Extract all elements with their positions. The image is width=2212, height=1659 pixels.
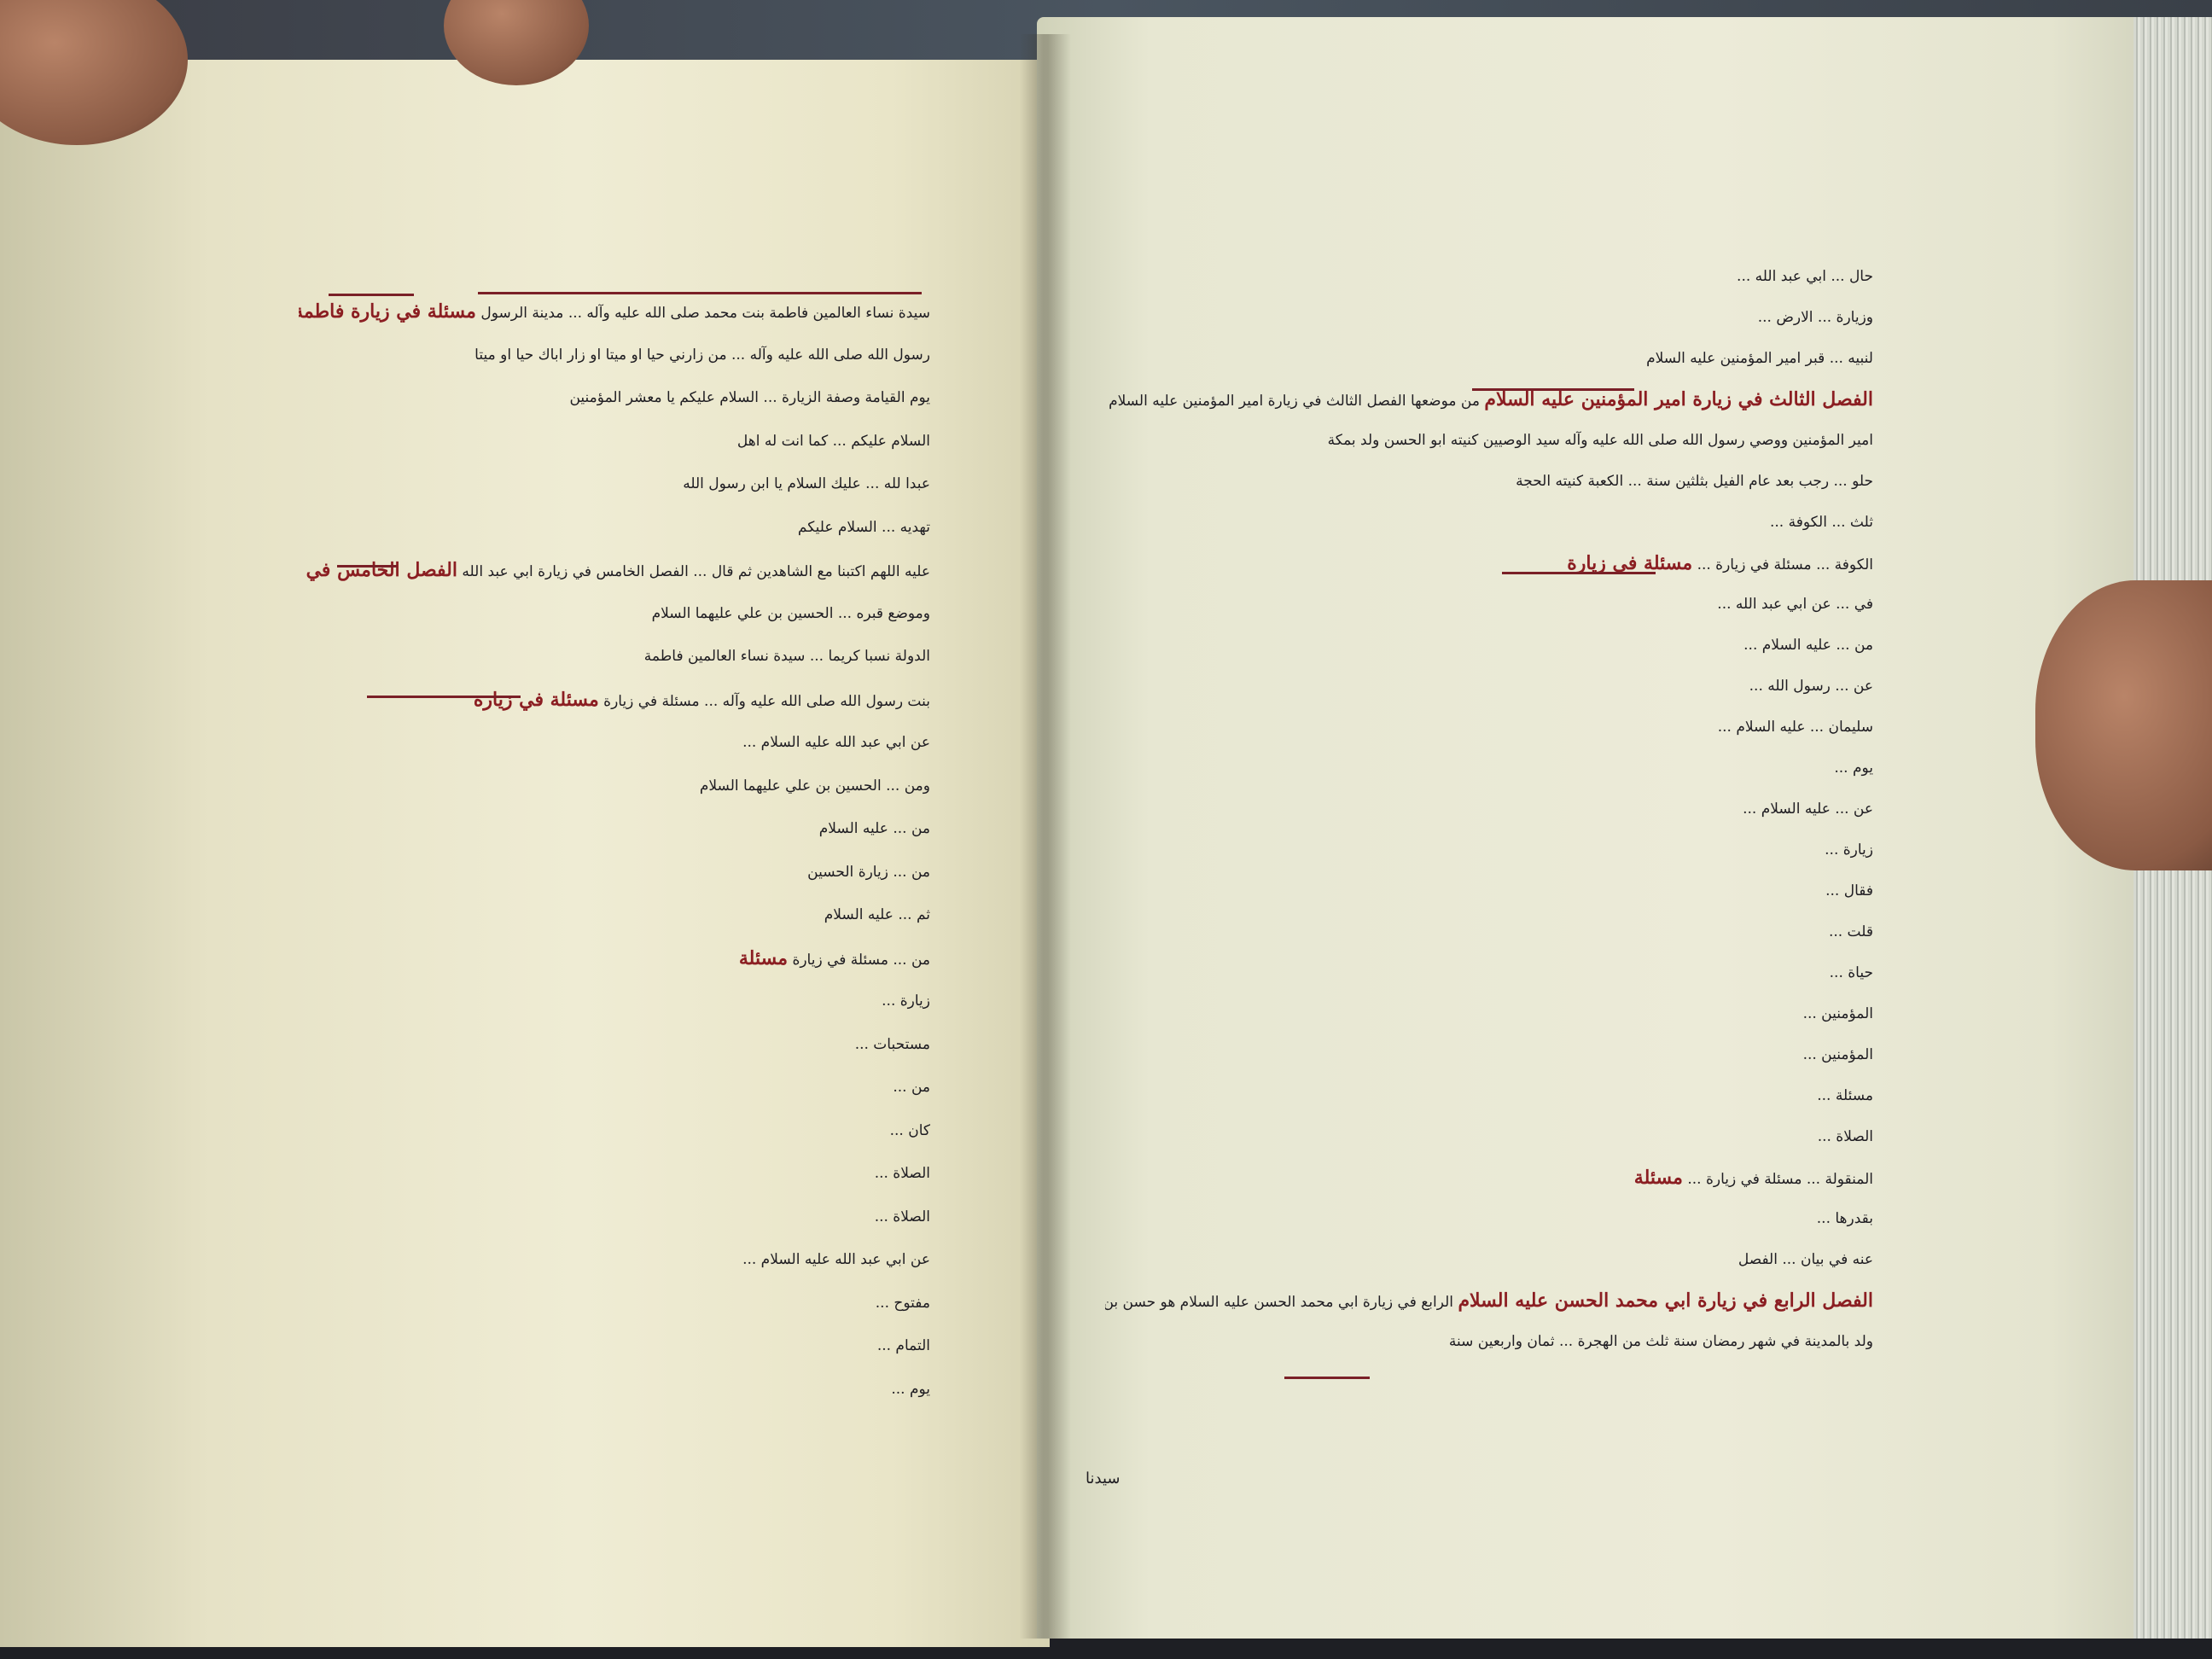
text-line: ولد بالمدينة في شهر رمضان سنة ثلث من اله… [1105, 1321, 1873, 1362]
left-page-text: سيدة نساء العالمين فاطمة بنت محمد صلى ال… [299, 290, 930, 1411]
text-line: ثم ... عليه السلام [299, 894, 930, 937]
text-line: وزيارة ... الارض ... [1105, 297, 1873, 338]
text-line: عبدا لله ... عليك السلام يا ابن رسول الل… [299, 463, 930, 506]
right-page-text: حال ... ابي عبد الله ... وزيارة ... الار… [1105, 256, 1873, 1362]
text-line: الدولة نسبا كريما ... سيدة نساء العالمين… [299, 635, 930, 678]
text-line: عنه في بيان ... الفصل [1105, 1239, 1873, 1280]
text-line: عن ... عليه السلام ... [1105, 789, 1873, 829]
text-line: من ... عليه السلام ... [1105, 625, 1873, 666]
text-line: الصلاة ... [299, 1196, 930, 1239]
text-line: يوم ... [1105, 748, 1873, 789]
text-line: السلام عليكم ... كما انت له اهل [299, 420, 930, 463]
text-line: بقدرها ... [1105, 1198, 1873, 1239]
text-line: وموضع قبره ... الحسين بن علي عليهما السل… [299, 592, 930, 636]
rubric-overline [337, 565, 397, 568]
text-line: ومن ... الحسين بن علي عليهما السلام [299, 765, 930, 808]
text-line: زيارة ... [1105, 829, 1873, 870]
text-line: عليه اللهم اكتبنا مع الشاهدين ثم قال ...… [299, 549, 930, 592]
text-line: رسول الله صلى الله عليه وآله ... من زارن… [299, 334, 930, 377]
text-line: عن ... رسول الله ... [1105, 666, 1873, 707]
rubric-heading: مسئلة في زيارة فاطمة [299, 300, 476, 323]
rubric-overline [329, 294, 414, 296]
text-line: لنبيه ... قبر امير المؤمنين عليه السلام [1105, 338, 1873, 379]
text-line: الفصل الرابع في زيارة ابي محمد الحسن علي… [1105, 1280, 1873, 1321]
text-line: عن ابي عبد الله عليه السلام ... [299, 721, 930, 765]
text-line: عن ابي عبد الله عليه السلام ... [299, 1238, 930, 1282]
catchword: سيدنا [1086, 1470, 1120, 1487]
text-line: امير المؤمنين ووصي رسول الله صلى الله عل… [1105, 420, 1873, 461]
text-line: حلو ... رجب بعد عام الفيل بثلثين سنة ...… [1105, 461, 1873, 502]
text-line: التمام ... [299, 1324, 930, 1368]
rubric-heading: الفصل الثالث في زيارة امير المؤمنين عليه… [1484, 388, 1873, 410]
text-line: حال ... ابي عبد الله ... [1105, 256, 1873, 297]
text-line: سيدة نساء العالمين فاطمة بنت محمد صلى ال… [299, 290, 930, 334]
text-line: كان ... [299, 1109, 930, 1153]
text-line: المؤمنين ... [1105, 993, 1873, 1034]
rubric-heading: مسئلة في زيارة [474, 689, 599, 711]
text-line: من ... عليه السلام [299, 807, 930, 851]
text-line: سليمان ... عليه السلام ... [1105, 707, 1873, 748]
text-line: من ... مسئلة في زيارة مسئلة [299, 937, 930, 981]
text-line: تهديه ... السلام عليكم [299, 506, 930, 550]
text-line: بنت رسول الله صلى الله عليه وآله ... مسئ… [299, 678, 930, 722]
rubric-overline [478, 292, 922, 294]
text-line: الصلاة ... [1105, 1116, 1873, 1157]
text-line: في ... عن ابي عبد الله ... [1105, 584, 1873, 625]
text-line: المؤمنين ... [1105, 1034, 1873, 1075]
text-line: زيارة ... [299, 980, 930, 1023]
rubric-heading: الفصل الرابع في زيارة ابي محمد الحسن علي… [1458, 1289, 1873, 1312]
rubric-heading: مسئلة [739, 947, 788, 969]
text-line: يوم القيامة وصفة الزيارة ... السلام عليك… [299, 376, 930, 420]
rubric-overline [1472, 388, 1634, 391]
text-line: مسئلة ... [1105, 1075, 1873, 1116]
text-line: ثلث ... الكوفة ... [1105, 502, 1873, 543]
rubric-overline [1284, 1377, 1370, 1379]
rubric-heading: الفصل الخامس في زيارة أبي عبد الله [299, 559, 457, 581]
text-line: مستحبات ... [299, 1023, 930, 1067]
book-gutter [1020, 34, 1071, 1639]
text-line: قلت ... [1105, 911, 1873, 952]
text-line: الصلاة ... [299, 1152, 930, 1196]
text-line: الفصل الثالث في زيارة امير المؤمنين عليه… [1105, 379, 1873, 420]
rubric-overline [1502, 572, 1656, 574]
text-line: من ... زيارة الحسين [299, 851, 930, 894]
text-line: من ... [299, 1066, 930, 1109]
text-line: الكوفة ... مسئلة في زيارة ... مسئلة في ز… [1105, 543, 1873, 584]
rubric-heading: مسئلة [1634, 1167, 1683, 1189]
rubric-overline [367, 696, 521, 698]
hand-thumb-right [2035, 580, 2212, 870]
text-line: حياة ... [1105, 952, 1873, 993]
text-line: فقال ... [1105, 870, 1873, 911]
text-line: مفتوح ... [299, 1282, 930, 1325]
text-line: يوم ... [299, 1368, 930, 1412]
text-line: المنقولة ... مسئلة في زيارة ... مسئلة [1105, 1157, 1873, 1198]
